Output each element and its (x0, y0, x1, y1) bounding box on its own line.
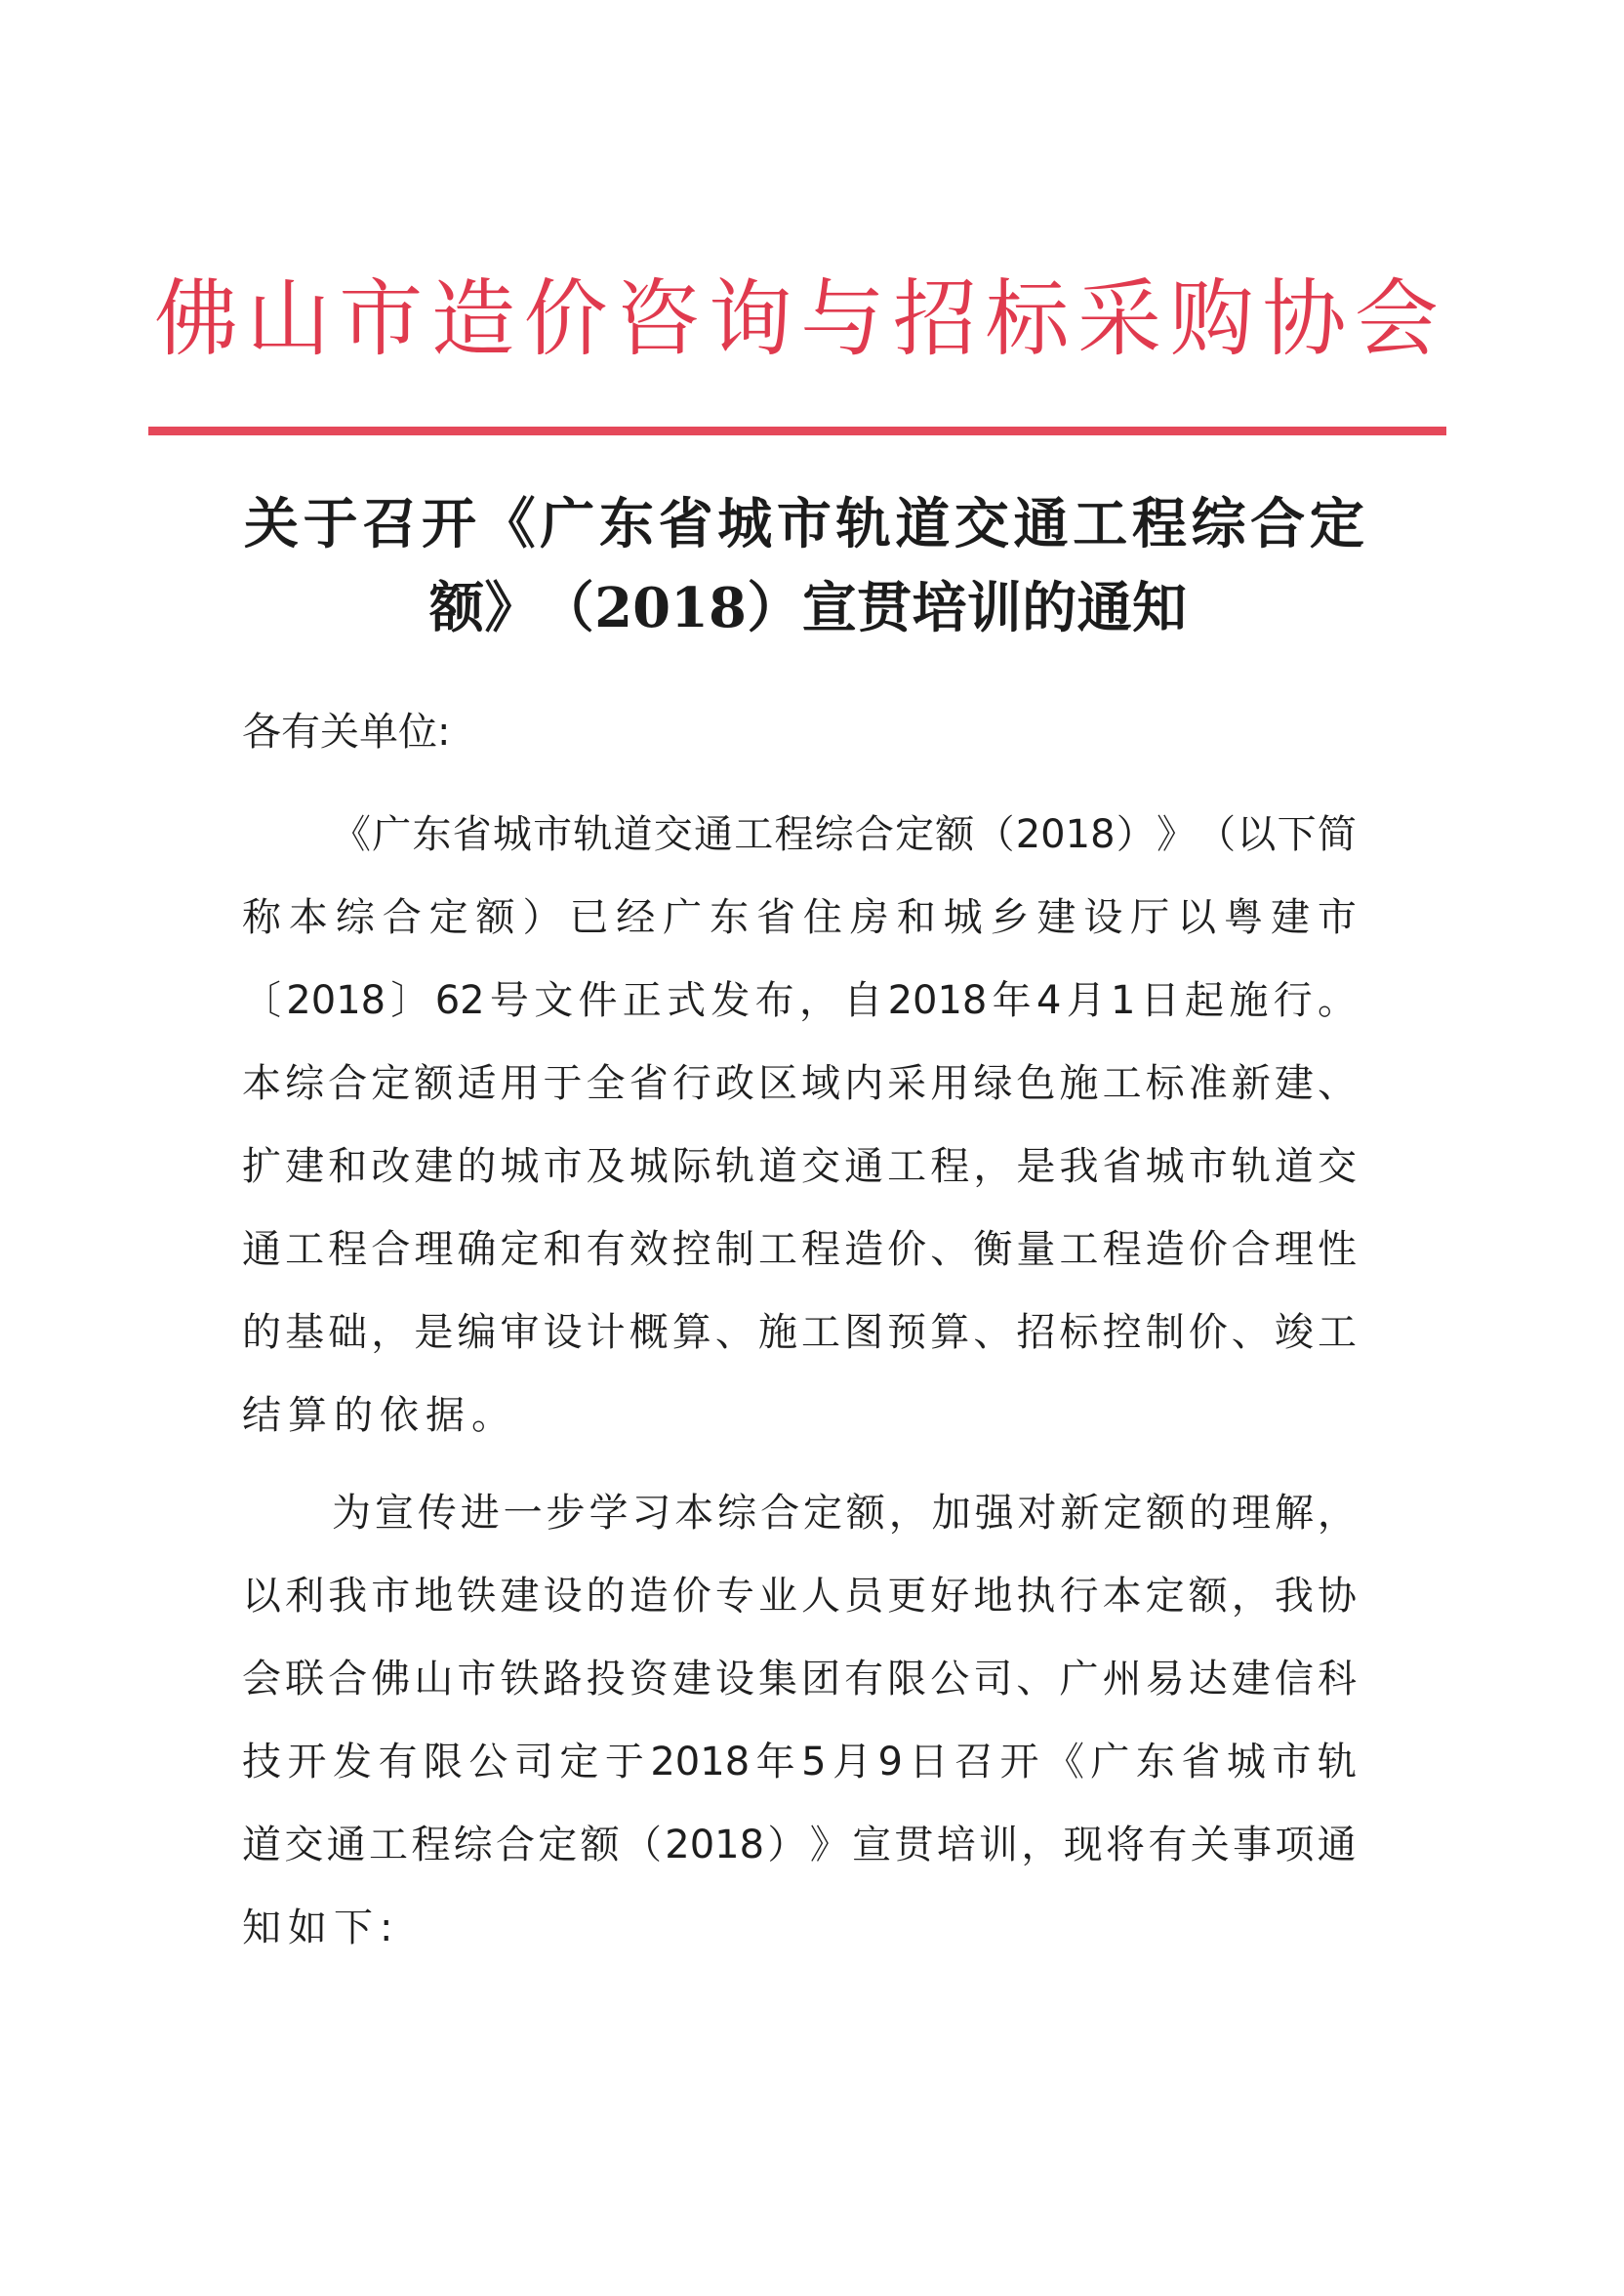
glyph: 广 (1059, 1650, 1098, 1708)
glyph: 解 (1275, 1484, 1314, 1542)
glyph: 城 (500, 1137, 539, 1196)
glyph: 道 (1275, 1137, 1314, 1196)
glyph: 团 (801, 1650, 840, 1708)
glyph: 城 (493, 805, 532, 864)
glyph: : (380, 1899, 392, 1957)
glyph: 通 (327, 1816, 366, 1874)
glyph: 价 (887, 1220, 926, 1279)
glyph: 易 (1146, 1650, 1185, 1708)
glyph: 设 (544, 1567, 583, 1625)
glyph: 政 (715, 1054, 754, 1113)
glyph: 房 (850, 888, 889, 947)
glyph: 公 (930, 1650, 969, 1708)
glyph: 粤 (1224, 888, 1263, 947)
glyph: 9 (878, 1733, 903, 1791)
glyph: 知 (242, 1899, 281, 1957)
glyph: 确 (457, 1220, 496, 1279)
glyph: 1 (1111, 971, 1135, 1030)
glyph: 有 (587, 1220, 626, 1279)
glyph: 造 (629, 1567, 669, 1625)
glyph: 额 (476, 888, 515, 947)
glyph: 控 (1103, 1303, 1142, 1362)
glyph: 定 (538, 1816, 577, 1874)
glyph: 色 (1016, 1054, 1055, 1113)
glyph: 建 (1036, 888, 1076, 947)
glyph: 《 (332, 805, 371, 864)
glyph: 扩 (242, 1137, 281, 1196)
glyph: 市 (1272, 1733, 1311, 1791)
glyph: 价 (1189, 1220, 1228, 1279)
glyph: 通 (1077, 574, 1132, 642)
glyph: 广 (372, 805, 411, 864)
glyph: 已 (569, 888, 608, 947)
glyph: 招 (1016, 1303, 1055, 1362)
glyph: 定 (559, 1733, 598, 1791)
glyph: 改 (371, 1137, 410, 1196)
glyph: 贯 (857, 574, 912, 642)
glyph: 月 (1067, 971, 1106, 1030)
document-title-line-2: 额》（2018）宣贯培训的通知 (429, 574, 1187, 642)
glyph: 价 (1189, 1303, 1228, 1362)
document-title-line-1: 关于召开《广东省城市轨道交通工程综合定 (244, 490, 1364, 558)
glyph: 称 (242, 888, 281, 947)
glyph: 通 (1318, 1816, 1357, 1874)
glyph: 协 (1262, 266, 1346, 373)
glyph: 、 (1318, 1054, 1357, 1113)
glyph: 工 (1103, 1054, 1142, 1113)
glyph: 效 (629, 1220, 669, 1279)
glyph: 性 (1318, 1220, 1357, 1279)
glyph: 会 (242, 1650, 281, 1708)
glyph: 标 (1059, 1303, 1098, 1362)
glyph: 询 (709, 266, 792, 373)
glyph: 我 (1059, 1137, 1098, 1196)
glyph: 市 (371, 1567, 410, 1625)
glyph: 式 (667, 971, 706, 1030)
glyph: 合 (328, 1650, 367, 1708)
organization-letterhead: 佛山市造价咨询与招标采购协会 (154, 266, 1439, 373)
paragraph-2-line-4: 技开发有限公司定于2018年5月9日召开《广东省城市轨 (242, 1733, 1357, 1791)
glyph: 道 (895, 490, 950, 558)
glyph: 公 (468, 1733, 507, 1791)
glyph: 算 (672, 1303, 711, 1362)
glyph: 宣 (375, 1484, 414, 1542)
glyph: 开 (422, 490, 476, 558)
glyph: 2018 (888, 971, 988, 1030)
glyph: 一 (504, 1484, 543, 1542)
glyph: 工 (1318, 1303, 1357, 1362)
glyph: 东 (1136, 1733, 1175, 1791)
glyph: 》 (810, 1816, 849, 1874)
glyph: ） (767, 1816, 806, 1874)
glyph: 本 (289, 888, 328, 947)
glyph: 铁 (500, 1650, 539, 1708)
glyph: 通 (242, 1220, 281, 1279)
glyph: 购 (1170, 266, 1254, 373)
glyph: 发 (710, 971, 750, 1030)
glyph: 交 (801, 1137, 840, 1196)
glyph: 程 (774, 805, 813, 864)
glyph: 会 (1355, 266, 1439, 373)
glyph: 市 (1318, 888, 1357, 947)
glyph: 工 (285, 1220, 324, 1279)
glyph: 强 (975, 1484, 1014, 1542)
glyph: 技 (242, 1733, 281, 1791)
glyph: ， (799, 971, 838, 1030)
glyph: 行 (1059, 1567, 1098, 1625)
glyph: 市 (457, 1650, 496, 1708)
glyph: 广 (1090, 1733, 1129, 1791)
letterhead-divider (148, 427, 1446, 435)
glyph: 城 (629, 1137, 669, 1196)
glyph: 科 (1318, 1650, 1357, 1708)
glyph: 建 (500, 1567, 539, 1625)
glyph: 贯 (894, 1816, 933, 1874)
paragraph-1-line-2: 称本综合定额）已经广东省住房和城乡建设厅以粤建市 (242, 888, 1357, 947)
glyph: 标 (1146, 1054, 1185, 1113)
glyph: 〔 (242, 971, 281, 1030)
glyph: 合 (855, 805, 894, 864)
glyph: 编 (457, 1303, 496, 1362)
glyph: 行 (1274, 971, 1313, 1030)
glyph: 市 (544, 1137, 583, 1196)
glyph: 市 (1189, 1137, 1228, 1196)
glyph: 以 (1177, 888, 1216, 947)
glyph: 发 (333, 1733, 372, 1791)
glyph: 础 (328, 1303, 367, 1362)
glyph: 计 (587, 1303, 626, 1362)
glyph: 轨 (1232, 1137, 1271, 1196)
glyph: 通 (1014, 490, 1069, 558)
glyph: ， (371, 1303, 410, 1362)
glyph: 制 (715, 1220, 754, 1279)
glyph: 工 (758, 1220, 797, 1279)
glyph: 审 (500, 1303, 539, 1362)
glyph: （ (623, 1816, 662, 1874)
glyph: 招 (893, 266, 977, 373)
glyph: 的 (457, 1137, 496, 1196)
glyph: 工 (369, 1816, 408, 1874)
glyph: 合 (383, 888, 422, 947)
glyph: 合 (1232, 1220, 1271, 1279)
glyph: 域 (801, 1054, 840, 1113)
glyph: 依 (380, 1386, 419, 1445)
glyph: 有 (844, 1650, 883, 1708)
glyph: 轨 (1318, 1733, 1357, 1791)
glyph: 制 (1146, 1303, 1185, 1362)
glyph: 工 (734, 805, 773, 864)
glyph: 62 (435, 971, 485, 1030)
glyph: 的 (334, 1386, 373, 1445)
glyph: 项 (1275, 1816, 1314, 1874)
glyph: 咨 (616, 266, 700, 373)
paragraph-1-line-7: 的基础，是编审设计概算、施工图预算、招标控制价、竣工 (242, 1303, 1357, 1362)
glyph: 新 (1060, 1484, 1099, 1542)
glyph: 广 (540, 490, 594, 558)
glyph: 道 (614, 805, 653, 864)
glyph: 与 (800, 266, 884, 373)
glyph: 际 (672, 1137, 711, 1196)
glyph: 自 (843, 971, 882, 1030)
glyph: 定 (371, 1054, 410, 1113)
glyph: 程 (1132, 490, 1187, 558)
glyph: 合 (371, 1220, 410, 1279)
glyph: 对 (1018, 1484, 1057, 1542)
glyph: 步 (547, 1484, 586, 1542)
glyph: 额 (846, 1484, 885, 1542)
glyph: 训 (979, 1816, 1018, 1874)
paragraph-2-line-5: 道交通工程综合定额（2018）》宣贯培训，现将有关事项通 (242, 1816, 1357, 1874)
glyph: 年 (993, 971, 1032, 1030)
glyph: 关 (244, 490, 299, 558)
glyph: 住 (803, 888, 842, 947)
glyph: 额 (935, 805, 974, 864)
glyph: 以 (1237, 805, 1276, 864)
glyph: 道 (242, 1816, 281, 1874)
glyph: 2018 (665, 1816, 764, 1874)
document-page: 佛山市造价咨询与招标采购协会 关于召开《广东省城市轨道交通工程综合定 额》（20… (0, 0, 1624, 2296)
glyph: 施 (1059, 1054, 1098, 1113)
glyph: 进 (461, 1484, 500, 1542)
glyph: 道 (758, 1137, 797, 1196)
glyph: 设 (1083, 888, 1122, 947)
glyph: 、 (1232, 1303, 1271, 1362)
glyph: 绿 (973, 1054, 1012, 1113)
glyph: 司 (514, 1733, 553, 1791)
glyph: 月 (832, 1733, 872, 1791)
glyph: 开 (999, 1733, 1038, 1791)
glyph: 现 (1064, 1816, 1103, 1874)
glyph: 设 (715, 1650, 754, 1708)
glyph: 额 (429, 574, 484, 642)
paragraph-2-line-2: 以利我市地铁建设的造价专业人员更好地执行本定额，我协 (242, 1567, 1357, 1625)
glyph: 省 (659, 490, 713, 558)
salutation-text: 各有关单位: (242, 703, 450, 761)
paragraph-1-line-5: 扩建和改建的城市及城际轨道交通工程，是我省城市轨道交 (242, 1137, 1357, 1196)
glyph: ） (747, 574, 801, 642)
glyph: 起 (1185, 971, 1224, 1030)
glyph: （ (540, 574, 594, 642)
glyph: 新 (1232, 1054, 1271, 1113)
glyph: 东 (599, 490, 654, 558)
glyph: 轨 (573, 805, 612, 864)
glyph: ， (973, 1137, 1012, 1196)
glyph: 建 (285, 1137, 324, 1196)
glyph: 〕 (390, 971, 429, 1030)
glyph: 合 (496, 1816, 535, 1874)
glyph: 》 (1157, 805, 1196, 864)
glyph: 施 (758, 1303, 797, 1362)
glyph: 工 (1059, 1220, 1098, 1279)
glyph: 业 (758, 1567, 797, 1625)
glyph: 司 (973, 1650, 1012, 1708)
glyph: ， (1021, 1816, 1060, 1874)
glyph: 铁 (457, 1567, 496, 1625)
paragraph-2-line-3: 会联合佛山市铁路投资建设集团有限公司、广州易达建信科 (242, 1650, 1357, 1708)
glyph: 是 (414, 1303, 453, 1362)
glyph: 及 (587, 1137, 626, 1196)
paragraph-1-line-3: 〔2018〕62号文件正式发布，自2018年4月1日起施行。 (242, 971, 1357, 1030)
glyph: 更 (887, 1567, 926, 1625)
glyph: 图 (844, 1303, 883, 1362)
glyph: 于 (304, 490, 358, 558)
glyph: 年 (756, 1733, 795, 1791)
glyph: 交 (1318, 1137, 1357, 1196)
glyph: 件 (578, 971, 617, 1030)
glyph: 合 (1250, 490, 1305, 558)
glyph: 建 (1232, 1650, 1271, 1708)
glyph: 州 (1103, 1650, 1142, 1708)
glyph: 程 (328, 1220, 367, 1279)
glyph: 综 (336, 888, 375, 947)
glyph: 额 (1146, 1484, 1185, 1542)
glyph: 宣 (852, 1816, 891, 1874)
glyph: 、 (930, 1220, 969, 1279)
glyph: 本 (1103, 1567, 1142, 1625)
glyph: 程 (930, 1137, 969, 1196)
glyph: 有 (1148, 1816, 1187, 1874)
glyph: 理 (1275, 1220, 1314, 1279)
glyph: 布 (755, 971, 794, 1030)
glyph: 、 (1016, 1650, 1055, 1708)
glyph: 综 (815, 805, 854, 864)
glyph: 利 (285, 1567, 324, 1625)
glyph: 采 (887, 1054, 926, 1113)
glyph: 路 (544, 1650, 583, 1708)
glyph: 用 (500, 1054, 539, 1113)
glyph: 简 (1318, 805, 1357, 864)
glyph: 额 (1189, 1567, 1228, 1625)
glyph: 市 (339, 266, 423, 373)
glyph: 培 (912, 574, 966, 642)
glyph: 算 (930, 1303, 969, 1362)
paragraph-2-line-6: 知如下: (242, 1899, 1357, 1957)
glyph: 、 (715, 1303, 754, 1362)
glyph: 基 (285, 1303, 324, 1362)
glyph: 于 (544, 1054, 583, 1113)
glyph: 定 (1103, 1484, 1142, 1542)
glyph: 程 (1103, 1220, 1142, 1279)
glyph: 佛 (371, 1650, 410, 1708)
glyph: 建 (414, 1137, 453, 1196)
glyph: （ (1197, 805, 1236, 864)
glyph: 合 (328, 1054, 367, 1113)
glyph: 开 (287, 1733, 326, 1791)
glyph: 采 (1077, 266, 1161, 373)
paragraph-1-line-8: 结算的依据。 (242, 1386, 1357, 1445)
glyph: 工 (1073, 490, 1127, 558)
glyph: 造 (844, 1220, 883, 1279)
glyph: 省 (1103, 1137, 1142, 1196)
glyph: 概 (629, 1303, 669, 1362)
glyph: 》 (484, 574, 539, 642)
glyph: 定 (1146, 1567, 1185, 1625)
glyph: 广 (663, 888, 702, 947)
glyph: 轨 (836, 490, 891, 558)
glyph: 标 (985, 266, 1069, 373)
glyph: 市 (777, 490, 832, 558)
glyph: 本 (242, 1054, 281, 1113)
glyph: 额 (581, 1816, 620, 1874)
glyph: 山 (247, 266, 331, 373)
glyph: 、 (973, 1303, 1012, 1362)
glyph: 量 (1016, 1220, 1055, 1279)
glyph: 。 (1318, 971, 1357, 1030)
glyph: 轨 (715, 1137, 754, 1196)
glyph: 程 (411, 1816, 450, 1874)
glyph: 日 (1141, 971, 1180, 1030)
glyph: 专 (715, 1567, 754, 1625)
glyph: 限 (424, 1733, 463, 1791)
glyph: 通 (844, 1137, 883, 1196)
glyph: 以 (242, 1567, 281, 1625)
glyph: 城 (1146, 1137, 1185, 1196)
glyph: 将 (1106, 1816, 1145, 1874)
glyph: ， (1318, 1484, 1357, 1542)
glyph: 资 (629, 1650, 669, 1708)
glyph: 城 (944, 888, 983, 947)
salutation: 各有关单位: (242, 703, 1357, 761)
glyph: 召 (954, 1733, 994, 1791)
glyph: 2018 (1016, 805, 1116, 864)
glyph: 城 (1227, 1733, 1266, 1791)
paragraph-1-line-4: 本综合定额适用于全省行政区域内采用绿色施工标准新建、 (242, 1054, 1357, 1113)
glyph: 号 (490, 971, 529, 1030)
glyph: 综 (454, 1816, 493, 1874)
glyph: 关 (1191, 1816, 1230, 1874)
glyph: 2018 (286, 971, 386, 1030)
glyph: 山 (414, 1650, 453, 1708)
glyph: 建 (1275, 1054, 1314, 1113)
glyph: 和 (897, 888, 936, 947)
glyph: 于 (605, 1733, 644, 1791)
glyph: 是 (1016, 1137, 1055, 1196)
glyph: 定 (895, 805, 934, 864)
glyph: 佛 (154, 266, 238, 373)
glyph: 文 (534, 971, 573, 1030)
glyph: 省 (1181, 1733, 1220, 1791)
glyph: 造 (431, 266, 515, 373)
glyph: 人 (801, 1567, 840, 1625)
glyph: 限 (887, 1650, 926, 1708)
glyph: 交 (284, 1816, 323, 1874)
glyph: 。 (471, 1386, 510, 1445)
glyph: 程 (801, 1220, 840, 1279)
glyph: 正 (623, 971, 662, 1030)
glyph: 联 (285, 1650, 324, 1708)
glyph: 事 (1233, 1816, 1272, 1874)
glyph: 的 (1022, 574, 1076, 642)
glyph: 好 (930, 1567, 969, 1625)
glyph: 加 (932, 1484, 971, 1542)
glyph: ， (889, 1484, 928, 1542)
glyph: 和 (544, 1220, 583, 1279)
glyph: 达 (1189, 1650, 1228, 1708)
glyph: 乡 (991, 888, 1030, 947)
glyph: 学 (589, 1484, 628, 1542)
glyph: 东 (412, 805, 451, 864)
glyph: ） (522, 888, 561, 947)
glyph: ， (1232, 1567, 1271, 1625)
glyph: 和 (328, 1137, 367, 1196)
glyph: 据 (426, 1386, 465, 1445)
glyph: 地 (973, 1567, 1012, 1625)
paragraph-1-line-1: 《广东省城市轨道交通工程综合定额（2018）》（以下简 (332, 805, 1357, 864)
glyph: 综 (717, 1484, 756, 1542)
glyph: 交 (654, 805, 693, 864)
glyph: 区 (758, 1054, 797, 1113)
glyph: 综 (1192, 490, 1246, 558)
